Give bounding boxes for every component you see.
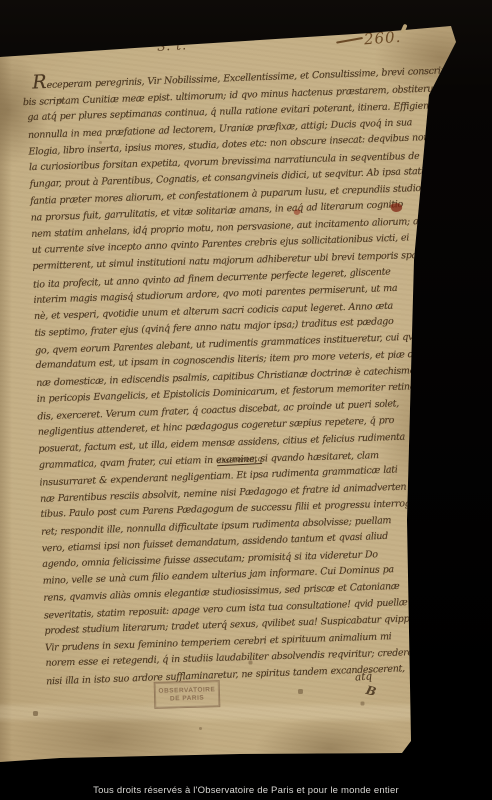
folio-number-text: 260. [363,28,402,49]
manuscript-text-block: Receperam peregrinis, Vir Nobilissime, E… [26,61,446,690]
stamp-line-2: DE PARIS [170,694,204,703]
observatoire-de-paris-stamp: OBSERVATOIRE DE PARIS [154,680,221,709]
folio-number: 260. [335,28,402,51]
folio-overline-stroke [336,37,363,44]
salutation-mark: S. t. [157,37,188,54]
copyright-caption: Tous droits réservés à l'Observatoire de… [0,785,492,796]
catchword-flourish: B [364,683,377,699]
catchword: atq́ [355,670,373,683]
photo-background: S. t. 260. Receperam peregrinis, Vir Nob… [0,0,492,800]
paper-specks [0,0,1,1]
manuscript-page: S. t. 260. Receperam peregrinis, Vir Nob… [0,0,492,800]
